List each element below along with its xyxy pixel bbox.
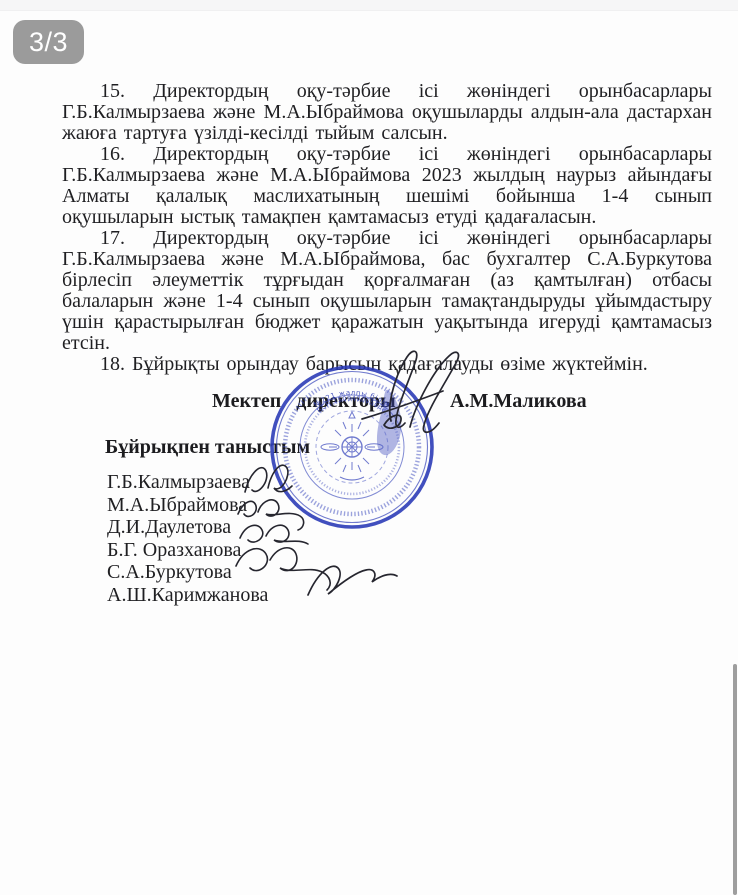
paragraph-15: 15. Директордың оқу-тәрбие ісі жөніндегі… [62,81,712,144]
acknowledged-name: С.А.Буркутова [107,561,268,584]
acknowledged-name: М.А.Ыбраймова [107,494,268,517]
director-role-label: Мектеп директоры [212,390,396,413]
acknowledged-name: Д.И.Даулетова [107,516,268,539]
director-signature-line: Мектеп директоры А.М.Маликова [0,390,738,414]
acknowledged-name: Б.Г. Оразханова [107,539,268,562]
page-indicator-label: 3/3 [29,27,68,58]
paragraph-17: 17. Директордың оқу-тәрбие ісі жөніндегі… [62,228,712,354]
document-viewer: 3/3 15. Директордың оқу-тәрбие ісі жөнін… [0,0,738,895]
acknowledgement-names: Г.Б.Калмырзаева М.А.Ыбраймова Д.И.Даулет… [107,471,268,606]
scrollbar-thumb[interactable] [733,664,737,895]
page-indicator-badge: 3/3 [13,20,84,64]
acknowledged-name: А.Ш.Каримжанова [107,584,268,607]
top-strip [0,0,738,11]
paragraph-18: 18. Бұйрықты орындау барысын қадағалауды… [62,354,712,375]
acknowledged-name: Г.Б.Калмырзаева [107,471,268,494]
order-paragraphs: 15. Директордың оқу-тәрбие ісі жөніндегі… [62,81,712,375]
director-name: А.М.Маликова [450,390,587,413]
acknowledgement-heading: Бұйрықпен таныстым [105,436,310,459]
paragraph-16: 16. Директордың оқу-тәрбие ісі жөніндегі… [62,144,712,228]
bottom-signature [308,566,397,595]
